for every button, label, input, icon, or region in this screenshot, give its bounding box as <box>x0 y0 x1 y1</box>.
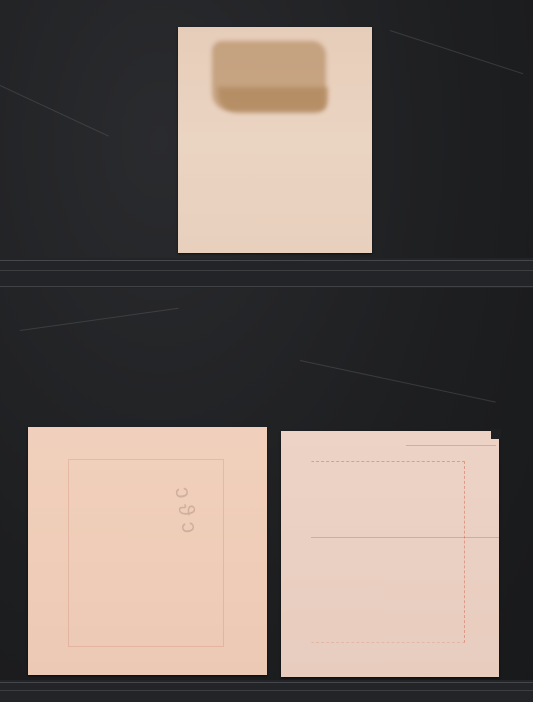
crease <box>311 537 499 538</box>
scratch <box>390 30 523 74</box>
stock-card: Backs of three imperforate stamps mounte… <box>0 0 533 702</box>
hinge-stain <box>218 87 328 113</box>
scratch <box>300 360 496 403</box>
stamp-bottom-left: ɔ ϑ ɔ <box>28 427 267 675</box>
torn-corner <box>491 429 501 439</box>
crease <box>406 445 496 446</box>
stamp-top <box>178 27 372 253</box>
design-frame <box>68 459 224 647</box>
stock-card-strip <box>0 680 533 702</box>
design-frame <box>311 461 465 643</box>
scratch <box>20 308 179 331</box>
scratch <box>0 85 109 137</box>
stock-card-strip <box>0 258 533 288</box>
stamp-bottom-right <box>281 431 499 677</box>
